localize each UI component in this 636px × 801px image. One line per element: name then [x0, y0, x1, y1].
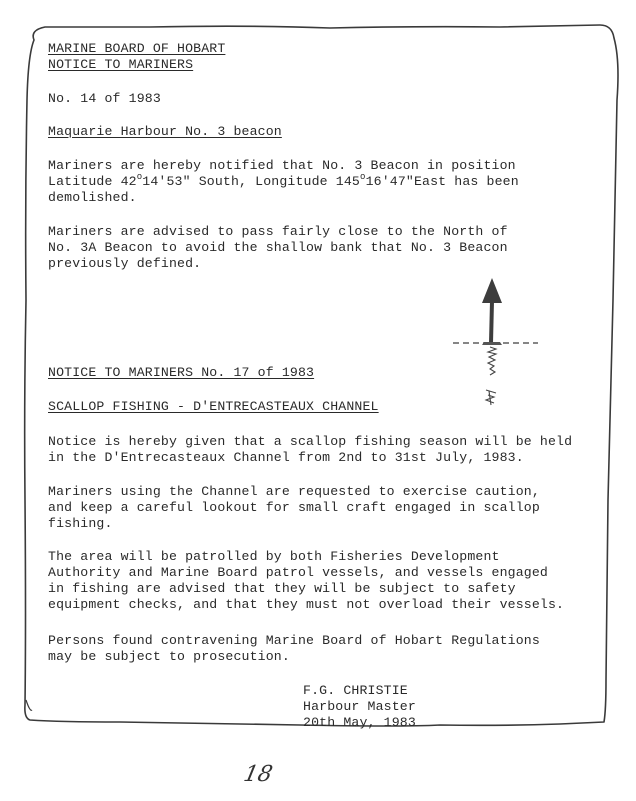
paragraph-line: Mariners are advised to pass fairly clos…: [48, 224, 508, 240]
paragraph-line-coordinates: Latitude 42o14'53" South, Longitude 145o…: [48, 174, 519, 190]
paragraph-line: No. 3A Beacon to avoid the shallow bank …: [48, 240, 508, 256]
doc-title: NOTICE TO MARINERS: [48, 57, 193, 73]
paragraph-line: demolished.: [48, 190, 137, 206]
notice-title: NOTICE TO MARINERS No. 17 of 1983: [48, 365, 314, 381]
signatory-role: Harbour Master: [303, 699, 416, 715]
paragraph-line: in the D'Entrecasteaux Channel from 2nd …: [48, 450, 524, 466]
paragraph-line: in fishing are advised that they will be…: [48, 581, 516, 597]
notice-subject: SCALLOP FISHING - D'ENTRECASTEAUX CHANNE…: [48, 399, 379, 415]
signatory-name: F.G. CHRISTIE: [303, 683, 408, 699]
paragraph-line: Mariners using the Channel are requested…: [48, 484, 540, 500]
paragraph-line: Mariners are hereby notified that No. 3 …: [48, 158, 516, 174]
org-title: MARINE BOARD OF HOBART: [48, 41, 225, 57]
text-fragment: 14'53" South, Longitude 145: [142, 174, 360, 189]
notice-subject: Maquarie Harbour No. 3 beacon: [48, 124, 282, 140]
paragraph-line: and keep a careful lookout for small cra…: [48, 500, 540, 516]
notice-number: No. 14 of 1983: [48, 91, 161, 107]
signature-date: 20th May, 1983: [303, 715, 416, 731]
paragraph-line: Persons found contravening Marine Board …: [48, 633, 540, 649]
paragraph-line: may be subject to prosecution.: [48, 649, 290, 665]
paragraph-line: equipment checks, and that they must not…: [48, 597, 564, 613]
beacon-arrow-icon: [448, 275, 548, 415]
text-fragment: Latitude 42: [48, 174, 137, 189]
paragraph-line: The area will be patrolled by both Fishe…: [48, 549, 500, 565]
paragraph-line: Authority and Marine Board patrol vessel…: [48, 565, 548, 581]
text-fragment: 16'47"East has been: [366, 174, 519, 189]
page-number: 18: [241, 762, 274, 787]
paragraph-line: fishing.: [48, 516, 113, 532]
paragraph-line: Notice is hereby given that a scallop fi…: [48, 434, 572, 450]
paragraph-line: previously defined.: [48, 256, 201, 272]
